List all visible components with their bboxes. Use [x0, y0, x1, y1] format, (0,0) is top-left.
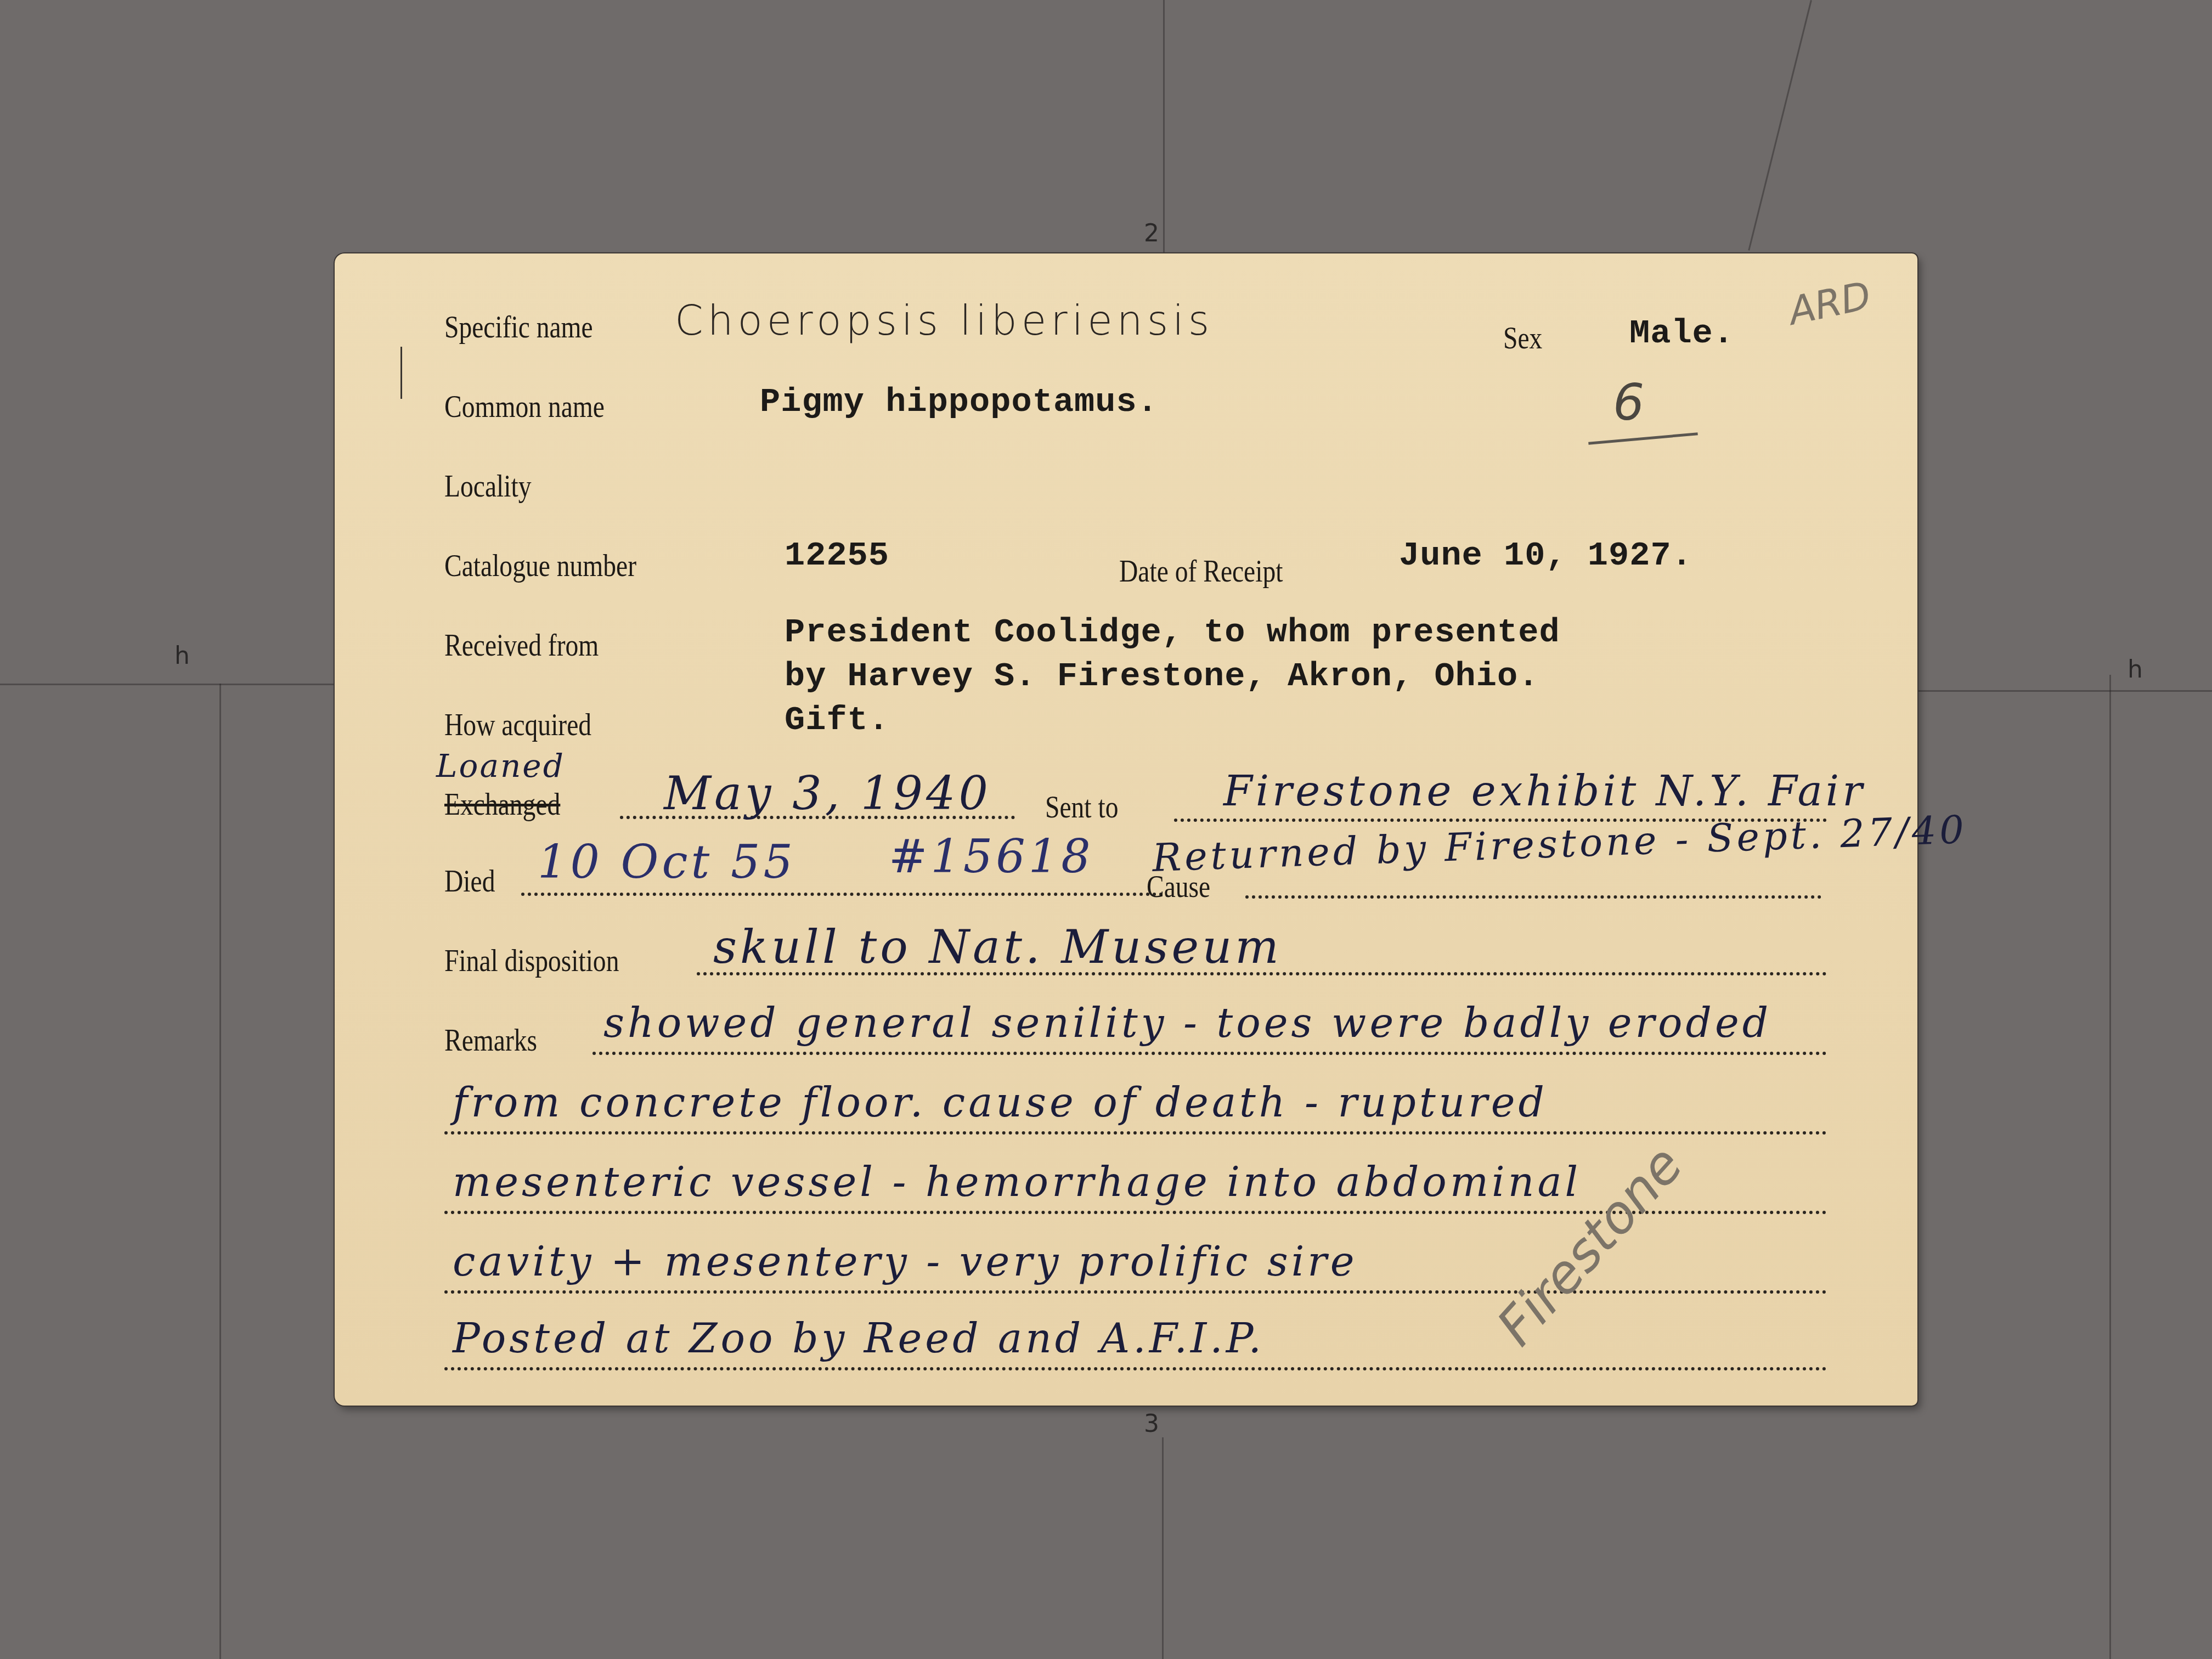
died-label: Died: [444, 862, 495, 899]
received-from-label: Received from: [444, 627, 599, 663]
received-from-line-2: by Harvey S. Firestone, Akron, Ohio.: [785, 657, 1539, 696]
final-disposition-value: skull to Nat. Museum: [713, 920, 1282, 974]
pencil-number: 6: [1613, 374, 1644, 432]
remarks-dotted-line-4: [444, 1290, 1827, 1294]
pencil-number-underline: [1588, 432, 1698, 444]
how-acquired-value: Gift.: [785, 701, 889, 740]
final-disposition-label: Final disposition: [444, 942, 619, 979]
died-dotted-line: [521, 893, 1163, 896]
mat-mark-left: h: [174, 642, 190, 670]
remarks-dotted-line-5: [444, 1367, 1827, 1370]
zoo-record-card: Specific name Choeropsis liberiensis Sex…: [335, 253, 1917, 1406]
date-of-receipt-value: June 10, 1927.: [1399, 536, 1692, 575]
remarks-dotted-line-2: [444, 1131, 1827, 1135]
remarks-line-4: cavity + mesentery - very prolific sire: [453, 1238, 1358, 1285]
received-from-line-1: President Coolidge, to whom presented: [785, 613, 1560, 652]
mat-mark-right: h: [2128, 656, 2143, 684]
remarks-label: Remarks: [444, 1022, 537, 1058]
common-name-value: Pigmy hippopotamus.: [760, 382, 1158, 421]
margin-pencil-stroke: [400, 347, 402, 399]
sex-value: Male.: [1629, 314, 1734, 353]
locality-label: Locality: [444, 467, 531, 504]
mat-mark-top: 2: [1144, 219, 1159, 247]
sent-to-value: Firestone exhibit N.Y. Fair: [1223, 766, 1865, 815]
specific-name-value: Choeropsis liberiensis: [675, 297, 1214, 345]
died-date-value: 10 Oct 55: [538, 835, 796, 889]
corner-pencil-initials: ARD: [1785, 273, 1875, 334]
exchanged-label: Exchanged: [444, 786, 560, 822]
remarks-line-3: mesenteric vessel - hemorrhage into abdo…: [453, 1159, 1581, 1206]
remarks-dotted-line-1: [592, 1052, 1827, 1055]
remarks-line-5: Posted at Zoo by Reed and A.F.I.P.: [453, 1315, 1265, 1362]
mat-guide-horizontal-right: [1917, 690, 2212, 692]
mat-guide-horizontal-left: [0, 684, 335, 685]
how-acquired-label: How acquired: [444, 706, 591, 743]
loaned-handwritten-label: Loaned: [436, 747, 565, 785]
sex-label: Sex: [1503, 319, 1542, 356]
remarks-line-1: showed general senility - toes were badl…: [603, 1000, 1771, 1047]
mat-mark-bottom: 3: [1144, 1410, 1159, 1438]
remarks-line-2: from concrete floor. cause of death - ru…: [453, 1079, 1548, 1126]
sent-to-label: Sent to: [1045, 788, 1118, 825]
mat-guide-vertical-left: [219, 684, 221, 1659]
cause-dotted-line: [1245, 895, 1821, 899]
mat-guide-vertical-bottom: [1162, 1437, 1164, 1659]
mat-guide-vertical: [1163, 0, 1165, 253]
mat-guide-diagonal: [1748, 0, 1812, 251]
catalogue-number-label: Catalogue number: [444, 547, 636, 584]
common-name-label: Common name: [444, 388, 605, 425]
died-record-number: #15618: [889, 830, 1094, 883]
catalogue-number-value: 12255: [785, 536, 889, 575]
mat-guide-vertical-right: [2109, 675, 2111, 1659]
exchanged-date-value: May 3, 1940: [664, 766, 991, 820]
cause-label: Cause: [1147, 868, 1210, 905]
specific-name-label: Specific name: [444, 308, 593, 345]
date-of-receipt-label: Date of Receipt: [1119, 552, 1283, 589]
